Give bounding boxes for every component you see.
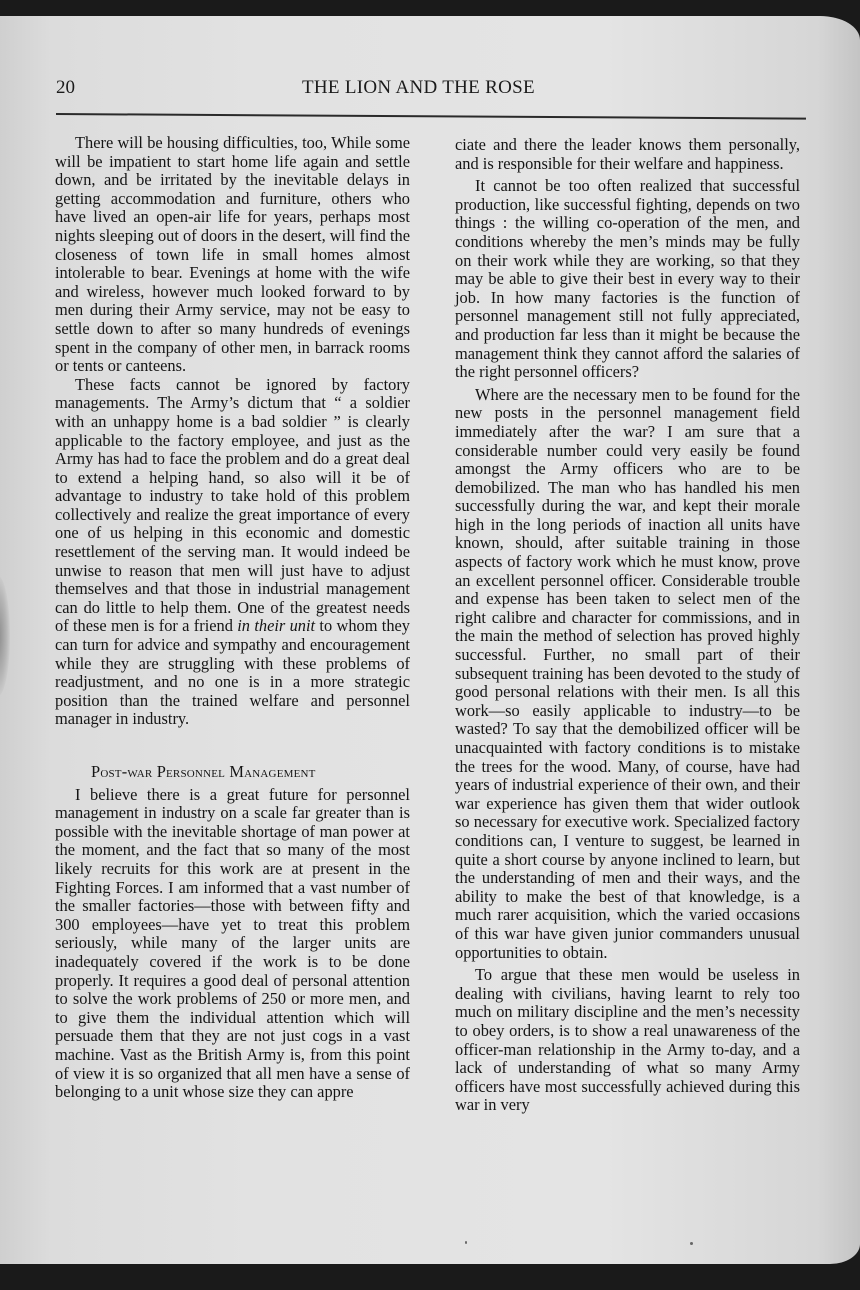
running-title: THE LION AND THE ROSE <box>302 77 535 99</box>
right-column: ciate and there the leader knows them pe… <box>455 136 800 1115</box>
paper-speck <box>465 1241 467 1244</box>
paragraph: To argue that these men would be useless… <box>455 966 800 1115</box>
paragraph: I believe there is a great future for pe… <box>55 786 410 1102</box>
paragraph: Where are the necessary men to be found … <box>455 386 800 962</box>
header-rule <box>56 113 806 120</box>
page-header: 20 THE LION AND THE ROSE <box>56 75 803 105</box>
left-column: There will be housing difficulties, too,… <box>55 134 410 1102</box>
emphasis-text: in their unit <box>237 616 315 635</box>
paragraph: It cannot be too often realized that suc… <box>455 177 800 382</box>
paragraph: ciate and there the leader knows them pe… <box>455 136 800 173</box>
section-heading: Post-war Personnel Management <box>91 763 410 782</box>
paragraph: These facts cannot be ignored by factory… <box>55 376 410 729</box>
paper-speck <box>690 1242 693 1245</box>
book-page: 20 THE LION AND THE ROSE There will be h… <box>0 16 860 1264</box>
page-number: 20 <box>56 77 75 99</box>
paragraph: There will be housing difficulties, too,… <box>55 134 410 376</box>
paragraph-text: These facts cannot be ignored by factory… <box>55 375 410 636</box>
